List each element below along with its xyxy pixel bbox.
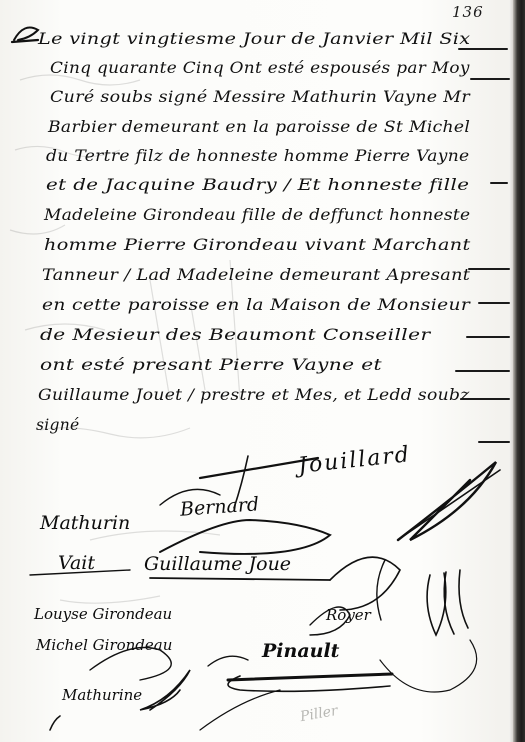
line-filler — [468, 268, 510, 270]
text-line-6: et de Jacquine Baudry / Et honneste fill… — [46, 176, 469, 194]
signature-michel-girondeau: Michel Girondeau — [36, 636, 172, 654]
line-filler — [478, 302, 510, 304]
text-line-5: du Tertre filz de honneste homme Pierre … — [46, 147, 469, 165]
signature-pinault: Pinault — [262, 640, 339, 662]
signature-louyse-girondeau: Louyse Girondeau — [34, 605, 172, 623]
line-filler — [490, 182, 508, 184]
text-line-12: ont esté presant Pierre Vayne et — [40, 356, 382, 374]
signature-mathurine: Mathurine — [62, 686, 142, 704]
manuscript-page: 136 Le vingt vingtiesme Jour de Janvier … — [0, 0, 525, 742]
text-line-3: Curé soubs signé Messire Mathurin Vayne … — [50, 88, 470, 106]
text-line-2: Cinq quarante Cinq Ont esté espousés par… — [50, 59, 470, 77]
page-edge — [513, 0, 525, 742]
text-line-4: Barbier demeurant en la paroisse de St M… — [48, 118, 470, 136]
text-line-14: signé — [36, 416, 80, 434]
text-line-1: Le vingt vingtiesme Jour de Janvier Mil … — [38, 30, 470, 48]
text-line-7: Madeleine Girondeau fille de deffunct ho… — [44, 206, 470, 224]
line-filler — [478, 441, 510, 443]
signature-bernard: Bernard — [179, 493, 259, 520]
text-line-10: en cette paroisse en la Maison de Monsie… — [42, 296, 470, 314]
signature-vait: Vait — [58, 552, 95, 574]
signature-royer: Royer — [326, 606, 371, 624]
line-filler — [455, 370, 510, 372]
page-number: 136 — [452, 3, 484, 21]
signature-jouillard: Jouillard — [297, 442, 412, 479]
line-filler — [460, 398, 510, 400]
line-filler — [466, 336, 510, 338]
text-line-13: Guillaume Jouet / prestre et Mes, et Led… — [38, 386, 470, 404]
line-filler — [458, 48, 508, 50]
signature-mathurin: Mathurin — [40, 512, 130, 534]
text-line-9: Tanneur / Lad Madeleine demeurant Apresa… — [42, 266, 470, 284]
text-line-11: de Mesieur des Beaumont Conseiller — [40, 326, 430, 344]
line-filler — [470, 78, 510, 80]
text-line-8: homme Pierre Girondeau vivant Marchant — [44, 236, 471, 254]
signature-guillaume-joue: Guillaume Joue — [144, 553, 291, 575]
signature-piller: Piller — [299, 703, 339, 725]
